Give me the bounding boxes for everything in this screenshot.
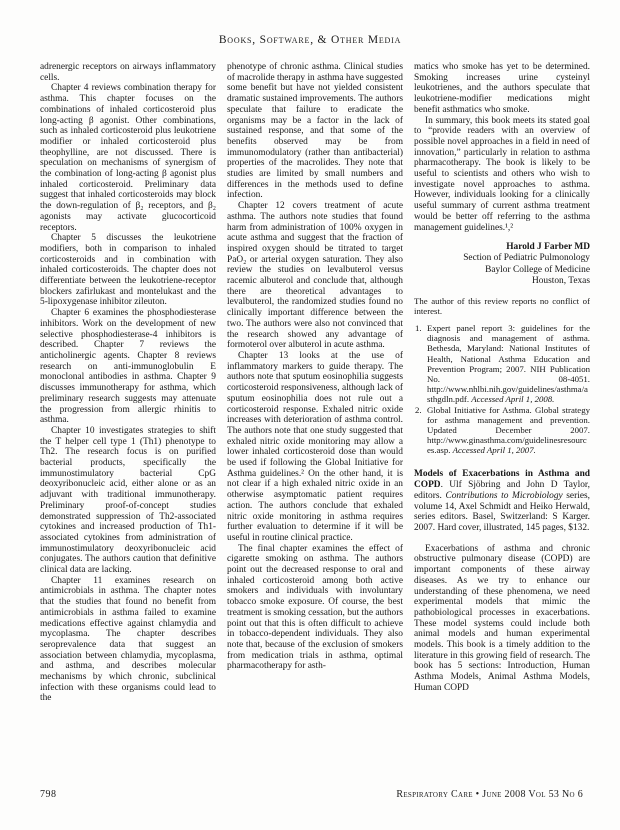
reference-number: 2. xyxy=(414,405,427,455)
reference-citation: Expert panel report 3: guidelines for th… xyxy=(427,323,590,404)
book-citation: Models of Exacerbations in Asthma and CO… xyxy=(414,469,590,533)
conflict-of-interest-note: The author of this review reports no con… xyxy=(414,296,590,316)
book-series-title: Contributions to Microbiology xyxy=(445,491,562,501)
author-location: Houston, Texas xyxy=(414,276,590,287)
journal-page: Books, Software, & Other Media adrenergi… xyxy=(0,0,620,830)
author-signature: Harold J Farber MD Section of Pediatric … xyxy=(414,242,590,287)
reference-accessed-date: Accessed April 1, 2008. xyxy=(471,394,554,404)
page-footer: 798 Respiratory Care • June 2008 Vol 53 … xyxy=(40,789,583,800)
column-2: phenotype of chronic asthma. Clinical st… xyxy=(227,62,403,778)
paragraph: Chapter 13 looks at the use of inflammat… xyxy=(227,351,403,544)
paragraph: The final chapter examines the effect of… xyxy=(227,544,403,672)
column-3: matics who smoke has yet to be determine… xyxy=(414,62,590,778)
reference-text: Expert panel report 3: guidelines for th… xyxy=(427,323,590,404)
article-body: adrenergic receptors on airways inflamma… xyxy=(40,62,590,778)
paragraph: Chapter 12 covers treatment of acute ast… xyxy=(227,201,403,351)
reference-item: 2. Global Initiative for Asthma. Global … xyxy=(414,405,590,455)
paragraph: Chapter 6 examines the phosphodiesterase… xyxy=(40,308,216,426)
column-1: adrenergic receptors on airways inflamma… xyxy=(40,62,216,778)
paragraph: Chapter 4 reviews combination therapy fo… xyxy=(40,83,216,233)
journal-citation: Respiratory Care • June 2008 Vol 53 No 6 xyxy=(396,789,583,800)
paragraph: adrenergic receptors on airways inflamma… xyxy=(40,62,216,83)
author-affiliation-institution: Baylor College of Medicine xyxy=(414,265,590,276)
paragraph: Chapter 5 discusses the leukotriene modi… xyxy=(40,233,216,308)
author-affiliation-department: Section of Pediatric Pulmonology xyxy=(414,253,590,264)
reference-list: 1. Expert panel report 3: guidelines for… xyxy=(414,323,590,455)
paragraph: matics who smoke has yet to be determine… xyxy=(414,62,590,116)
section-title: Books, Software, & Other Media xyxy=(219,34,401,46)
page-header: Books, Software, & Other Media xyxy=(0,34,620,46)
paragraph: Chapter 11 examines research on antimicr… xyxy=(40,576,216,704)
reference-accessed-date: Accessed April 1, 2007. xyxy=(453,445,536,455)
page-number: 798 xyxy=(40,789,57,800)
paragraph: Chapter 10 investigates strategies to sh… xyxy=(40,426,216,576)
paragraph: Exacerbations of asthma and chronic obst… xyxy=(414,544,590,694)
reference-text: Global Initiative for Asthma. Global str… xyxy=(427,405,590,455)
author-name: Harold J Farber MD xyxy=(414,242,590,253)
reference-number: 1. xyxy=(414,323,427,404)
reference-item: 1. Expert panel report 3: guidelines for… xyxy=(414,323,590,404)
paragraph: phenotype of chronic asthma. Clinical st… xyxy=(227,62,403,201)
paragraph: In summary, this book meets its stated g… xyxy=(414,116,590,234)
